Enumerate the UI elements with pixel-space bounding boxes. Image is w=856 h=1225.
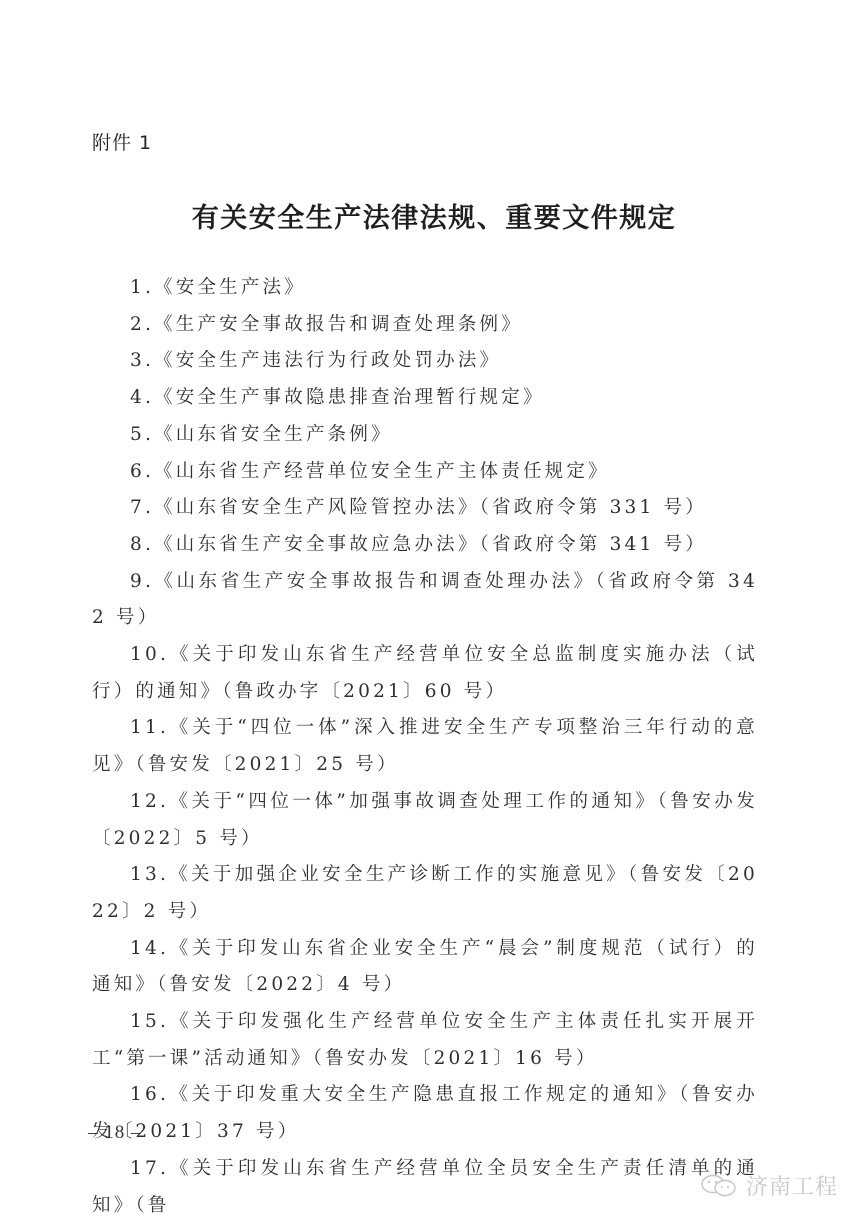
account-watermark: 济南工程 [700, 1170, 838, 1201]
wechat-icon [700, 1174, 738, 1198]
list-item: 1.《安全生产法》 [92, 270, 758, 307]
regulation-list: 1.《安全生产法》 2.《生产安全事故报告和调查处理条例》 3.《安全生产违法行… [92, 270, 758, 1224]
list-item: 4.《安全生产事故隐患排查治理暂行规定》 [92, 380, 758, 417]
list-item: 6.《山东省生产经营单位安全生产主体责任规定》 [92, 454, 758, 491]
list-item: 5.《山东省安全生产条例》 [92, 417, 758, 454]
list-item: 3.《安全生产违法行为行政处罚办法》 [92, 343, 758, 380]
document-title: 有关安全生产法律法规、重要文件规定 [0, 196, 856, 235]
list-item: 17.《关于印发山东省生产经营单位全员安全生产责任清单的通知》（鲁 [92, 1151, 758, 1224]
list-item: 10.《关于印发山东省生产经营单位安全总监制度实施办法（试行）的通知》（鲁政办字… [92, 637, 758, 710]
page-number: – 18 – [88, 1122, 142, 1144]
list-item: 8.《山东省生产安全事故应急办法》（省政府令第 341 号） [92, 527, 758, 564]
list-item: 15.《关于印发强化生产经营单位安全生产主体责任扎实开展开工“第一课”活动通知》… [92, 1004, 758, 1077]
attachment-label: 附件 1 [92, 128, 152, 155]
list-item: 12.《关于“四位一体”加强事故调查处理工作的通知》（鲁安办发〔2022〕5 号… [92, 784, 758, 857]
list-item: 14.《关于印发山东省企业安全生产“晨会”制度规范（试行）的通知》（鲁安发〔20… [92, 931, 758, 1004]
list-item: 11.《关于“四位一体”深入推进安全生产专项整治三年行动的意见》（鲁安发〔202… [92, 710, 758, 783]
list-item: 16.《关于印发重大安全生产隐患直报工作规定的通知》（鲁安办发〔2021〕37 … [92, 1077, 758, 1150]
list-item: 2.《生产安全事故报告和调查处理条例》 [92, 307, 758, 344]
list-item: 9.《山东省生产安全事故报告和调查处理办法》（省政府令第 342 号） [92, 564, 758, 637]
watermark-text: 济南工程 [746, 1170, 838, 1201]
list-item: 7.《山东省安全生产风险管控办法》（省政府令第 331 号） [92, 490, 758, 527]
list-item: 13.《关于加强企业安全生产诊断工作的实施意见》（鲁安发〔2022〕2 号） [92, 857, 758, 930]
